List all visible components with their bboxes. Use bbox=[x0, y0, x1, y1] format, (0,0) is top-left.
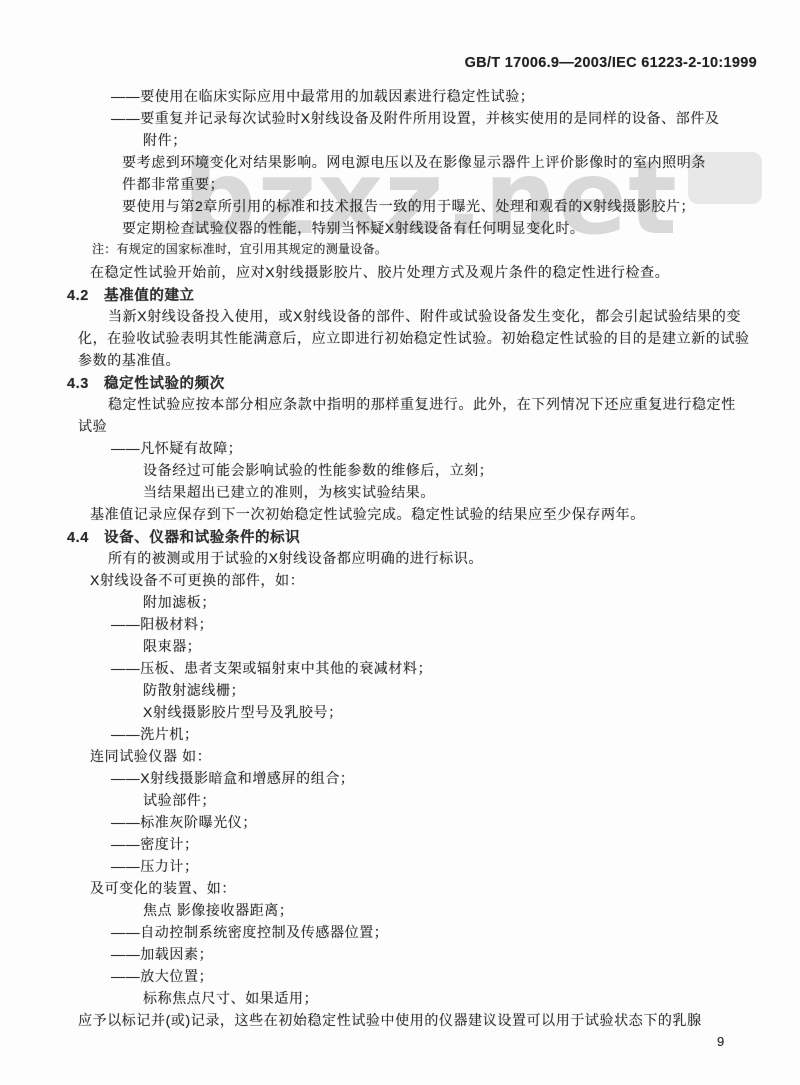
text-line: 化，在验收试验表明其性能满意后，应立即进行初始稳定性试验。初始稳定性试验的目的是… bbox=[67, 328, 780, 350]
text-line: ——凡怀疑有故障； bbox=[67, 438, 780, 460]
text-line: 当新X射线设备投入使用，或X射线设备的部件、附件或试验设备发生变化，都会引起试验… bbox=[67, 306, 780, 328]
standard-number-header: GB/T 17006.9—2003/IEC 61223-2-10:1999 bbox=[465, 55, 757, 71]
text-line: 附加滤板； bbox=[67, 592, 780, 614]
text-line: ——标准灰阶曝光仪； bbox=[67, 812, 780, 834]
text-line: 防散射滤线栅； bbox=[67, 680, 780, 702]
text-line: 在稳定性试验开始前，应对X射线摄影胶片、胶片处理方式及观片条件的稳定性进行检查。 bbox=[67, 262, 780, 284]
text-line: X射线设备不可更换的部件，如： bbox=[67, 570, 780, 592]
text-line: 稳定性试验应按本部分相应条款中指明的那样重复进行。此外，在下列情况下还应重复进行… bbox=[67, 394, 780, 416]
text-line: 要定期检查试验仪器的性能，特别当怀疑X射线设备有任何明显变化时。 bbox=[67, 218, 780, 240]
text-line: 应予以标记并(或)记录，这些在初始稳定性试验中使用的仪器建议设置可以用于试验状态… bbox=[67, 1010, 780, 1032]
text-line: 要使用与第2章所引用的标准和技术报告一致的用于曝光、处理和观看的X射线摄影胶片； bbox=[67, 196, 780, 218]
text-line: ——要重复并记录每次试验时X射线设备及附件所用设置，并核实使用的是同样的设备、部… bbox=[67, 108, 780, 130]
text-line: 限束器； bbox=[67, 636, 780, 658]
text-line: 注：有规定的国家标准时，宜引用其规定的测量设备。 bbox=[67, 240, 780, 262]
text-line: 当结果超出已建立的准则，为核实试验结果。 bbox=[67, 482, 780, 504]
text-line: 及可变化的装置、如： bbox=[67, 878, 780, 900]
text-line: 设备经过可能会影响试验的性能参数的维修后，立刻； bbox=[67, 460, 780, 482]
text-line: X射线摄影胶片型号及乳胶号； bbox=[67, 702, 780, 724]
page-number: 9 bbox=[717, 1034, 724, 1049]
text-line: ——放大位置； bbox=[67, 966, 780, 988]
text-line: 要考虑到环境变化对结果影响。网电源电压以及在影像显示器件上评价影像时的室内照明条 bbox=[67, 152, 780, 174]
text-line: 标称焦点尺寸、如果适用； bbox=[67, 988, 780, 1010]
text-line: ——阳极材料； bbox=[67, 614, 780, 636]
scanned-document-page: bzxz.net GB/T 17006.9—2003/IEC 61223-2-1… bbox=[0, 0, 800, 1085]
section-heading: 4.2 基准值的建立 bbox=[67, 284, 780, 306]
text-line: ——加载因素； bbox=[67, 944, 780, 966]
section-heading: 4.3 稳定性试验的频次 bbox=[67, 372, 780, 394]
document-lines: ——要使用在临床实际应用中最常用的加载因素进行稳定性试验；——要重复并记录每次试… bbox=[67, 86, 780, 1032]
text-line: ——自动控制系统密度控制及传感器位置； bbox=[67, 922, 780, 944]
text-line: ——压力计； bbox=[67, 856, 780, 878]
text-line: ——压板、患者支架或辐射束中其他的衰减材料； bbox=[67, 658, 780, 680]
text-line: 焦点 影像接收器距离； bbox=[67, 900, 780, 922]
text-line: 基准值记录应保存到下一次初始稳定性试验完成。稳定性试验的结果应至少保存两年。 bbox=[67, 504, 780, 526]
text-line: 件都非常重要； bbox=[67, 174, 780, 196]
text-line: ——X射线摄影暗盒和增感屏的组合； bbox=[67, 768, 780, 790]
text-line: 参数的基准值。 bbox=[67, 350, 780, 372]
text-line: ——洗片机； bbox=[67, 724, 780, 746]
text-line: ——密度计； bbox=[67, 834, 780, 856]
text-line: 连同试验仪器 如： bbox=[67, 746, 780, 768]
text-line: 试验 bbox=[67, 416, 780, 438]
text-line: 试验部件； bbox=[67, 790, 780, 812]
text-line: ——要使用在临床实际应用中最常用的加载因素进行稳定性试验； bbox=[67, 86, 780, 108]
section-heading: 4.4 设备、仪器和试验条件的标识 bbox=[67, 526, 780, 548]
text-line: 附件； bbox=[67, 130, 780, 152]
text-line: 所有的被测或用于试验的X射线设备都应明确的进行标识。 bbox=[67, 548, 780, 570]
